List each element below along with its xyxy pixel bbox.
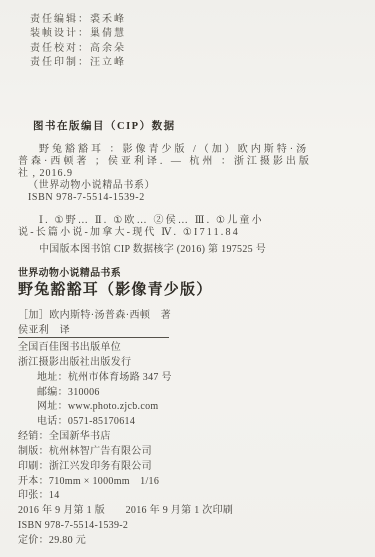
distribution-line: 经销：全国新华书店 [18, 430, 233, 445]
publisher-line: 浙江摄影出版社出版发行 [18, 356, 233, 371]
staff-credits: 责任编辑：裘禾峰 装帧设计：巢倩慧 责任校对：高余朵 责任印制：汪立峰 [30, 13, 126, 71]
sheets-line: 印张：14 [18, 489, 233, 504]
series-title: 世界动物小说精品书系 [18, 264, 121, 279]
translator-line: 侯亚利 译 [18, 321, 70, 336]
phone-line: 电话：0571-85170614 [18, 415, 233, 430]
cip-entry-line: 社 , 2016.9 [18, 168, 364, 180]
book-copyright-page: 责任编辑：裘禾峰 装帧设计：巢倩慧 责任校对：高余朵 责任印制：汪立峰 图书在版… [0, 0, 375, 557]
book-title: 野兔豁豁耳（影像青少版） [18, 278, 212, 299]
printing-line: 印刷：浙江兴发印务有限公司 [18, 460, 233, 475]
cip-entry-line: 野兔豁豁耳 ：影像青少版 /（加）欧内斯特·汤 [18, 144, 364, 156]
author-line: ［加］欧内斯特·汤普森·西顿 著 [18, 306, 171, 321]
cip-class-line: Ⅰ. ①野… Ⅱ. ①欧… ②侯… Ⅲ. ①儿童小 [18, 215, 364, 227]
postcode-line: 邮编：310006 [18, 386, 233, 401]
plate-making-line: 制版：杭州林智广告有限公司 [18, 445, 233, 460]
cip-classification: Ⅰ. ①野… Ⅱ. ①欧… ②侯… Ⅲ. ①儿童小 说-长篇小说-加拿大-现代 … [18, 215, 364, 239]
staff-line-proofreader: 责任校对：高余朵 [30, 42, 126, 56]
address-line: 地址：杭州市体育场路 347 号 [18, 371, 233, 386]
cip-record-number: 中国版本图书馆 CIP 数据核字 (2016) 第 197525 号 [18, 244, 364, 256]
cip-entry: 野兔豁豁耳 ：影像青少版 /（加）欧内斯特·汤 普森·西顿著 ；侯亚利译. — … [18, 144, 364, 204]
colophon-block: 全国百佳图书出版单位 浙江摄影出版社出版发行 地址：杭州市体育场路 347 号 … [18, 341, 233, 549]
cip-isbn: ISBN 978-7-5514-1539-2 [18, 192, 364, 204]
website-line: 网址：www.photo.zjcb.com [18, 400, 233, 415]
edition-line: 2016 年 9 月第 1 版 2016 年 9 月第 1 次印刷 [18, 504, 233, 519]
staff-line-editor: 责任编辑：裘禾峰 [30, 13, 126, 27]
staff-line-printer: 责任印制：汪立峰 [30, 56, 126, 70]
price-line: 定价：29.80 元 [18, 534, 233, 549]
cip-heading: 图书在版编目（CIP）数据 [18, 121, 364, 133]
cip-block: 图书在版编目（CIP）数据 野兔豁豁耳 ：影像青少版 /（加）欧内斯特·汤 普森… [18, 121, 364, 256]
award-line: 全国百佳图书出版单位 [18, 341, 233, 356]
cip-entry-line: 普森·西顿著 ；侯亚利译. — 杭州 ：浙江摄影出版 [18, 156, 364, 168]
staff-line-designer: 装帧设计：巢倩慧 [30, 27, 126, 41]
cip-series-note: （世界动物小说精品书系） [18, 180, 364, 192]
format-line: 开本：710mm × 1000mm 1/16 [18, 475, 233, 490]
divider-rule [18, 337, 169, 338]
cip-class-line: 说-长篇小说-加拿大-现代 Ⅳ. ①I711.84 [18, 227, 364, 239]
isbn-line: ISBN 978-7-5514-1539-2 [18, 519, 233, 534]
